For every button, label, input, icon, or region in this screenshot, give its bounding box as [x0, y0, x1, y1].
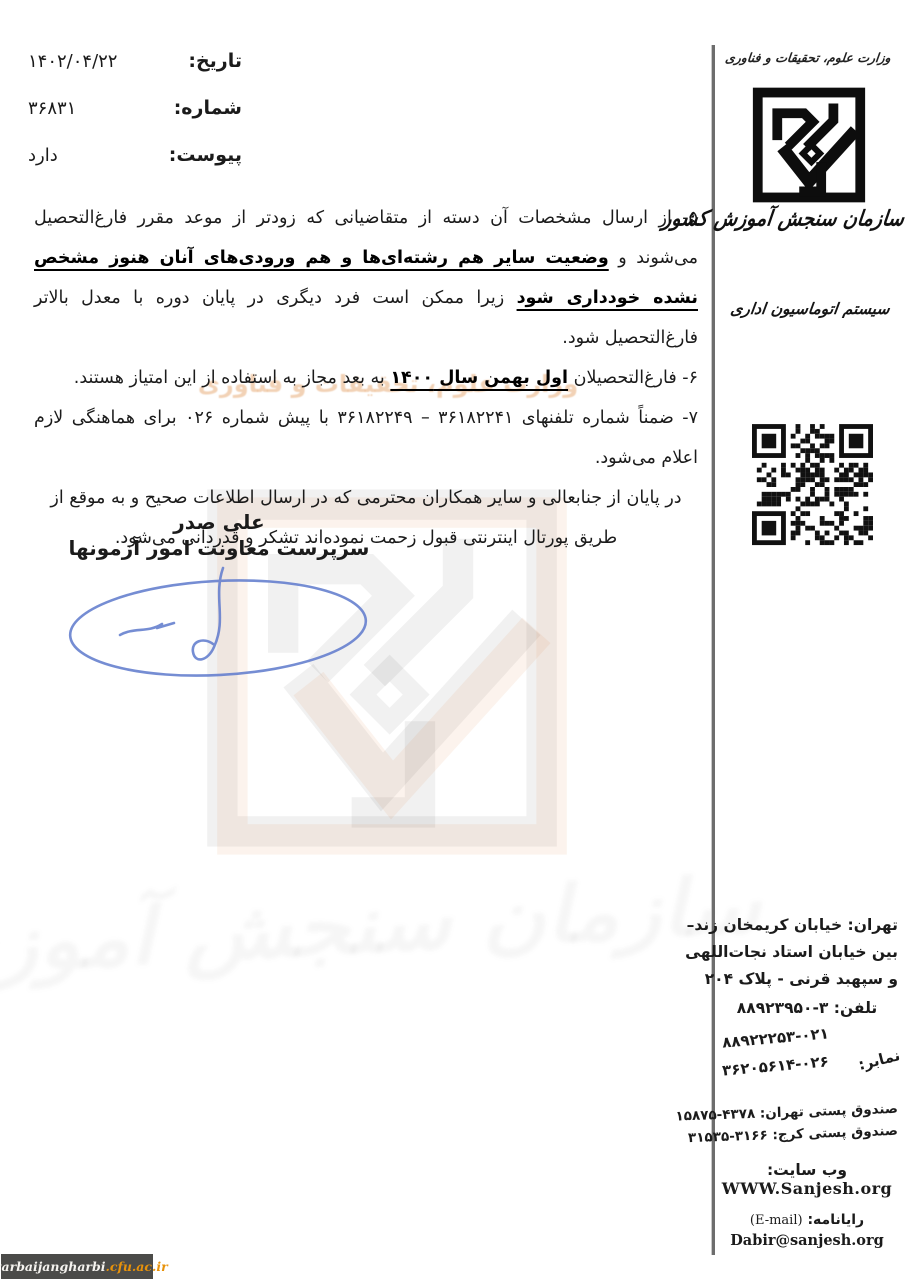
address-lines: تهران: خیابان کریمخان زند–بین خیابان است…	[716, 912, 898, 993]
address-line: تهران: خیابان کریمخان زند–	[716, 912, 898, 939]
scanned-letter-page: وزارت علوم، تحقیقات و فناوری سازمان سنجش…	[0, 0, 905, 1280]
body-paragraph: ۶- فارغ‌التحصیلان اول بهمن سال ۱۴۰۰ به ب…	[34, 358, 698, 398]
fax-number: ۸۸۹۲۲۲۵۳-۰۲۱	[721, 1024, 829, 1051]
website-label: وب سایت:	[716, 1161, 898, 1179]
pobox-value: ۱۵۸۷۵-۴۳۷۸	[675, 1106, 755, 1125]
pobox-label: صندوق پستی تهران:	[755, 1101, 898, 1122]
contact-block: تهران: خیابان کریمخان زند–بین خیابان است…	[716, 912, 898, 1249]
letter-head-row: تاریخ:۱۴۰۲/۰۴/۲۲	[28, 50, 242, 97]
fax-block: نمابر: ۸۸۹۲۲۲۵۳-۰۲۱ ۳۶۲۰۵۶۱۴-۰۲۶	[716, 1027, 898, 1101]
fax-label: نمابر:	[856, 1046, 901, 1074]
field-label: تاریخ:	[188, 50, 242, 72]
email-address: Dabir@sanjesh.org	[716, 1232, 898, 1249]
organization-calligraphy: سازمان سنجش آموزش کشور	[710, 207, 905, 232]
letter-head-row: پیوست:دارد	[28, 144, 242, 191]
address-line: بین خیابان استاد نجات‌اللهی	[716, 939, 898, 966]
automation-system-caption: سیستم اتوماسیون اداری	[729, 300, 891, 318]
pobox-lines: صندوق پستی تهران: ۱۵۸۷۵-۴۳۷۸صندوق پستی ک…	[716, 1101, 898, 1145]
signer-title: سرپرست معاونت امور آزمونها	[66, 536, 372, 560]
sanjesh-logo	[741, 84, 877, 206]
field-value: ۳۶۸۳۱	[28, 98, 76, 119]
organization-watermark-calligraphy: سازمان سنجش آموزش کشور	[0, 860, 763, 990]
address-line: و سپهبد قرنی - پلاک ۲۰۴	[716, 966, 898, 993]
letter-head: تاریخ:۱۴۰۲/۰۴/۲۲شماره:۳۶۸۳۱پیوست:دارد	[28, 50, 242, 191]
phone-line: تلفن: ۸۸۹۲۳۹۵۰-۳	[716, 993, 898, 1023]
emphasized-text: اول بهمن سال ۱۴۰۰	[390, 368, 568, 388]
source-site-badge: azarbaijangharbi.cfu.ac.ir	[1, 1254, 153, 1279]
paragraph-text: به بعد مجاز به استفاده از این امتیاز هست…	[74, 368, 391, 388]
badge-site-domain: .cfu.ac.ir	[106, 1259, 168, 1274]
phone-label: تلفن:	[834, 999, 877, 1017]
signer-name: علی صدر	[66, 510, 372, 534]
field-label: پیوست:	[169, 144, 242, 166]
paragraph-text: ۷- ضمناً شماره تلفنهای ۳۶۱۸۲۲۴۱ – ۳۶۱۸۲۲…	[34, 408, 698, 468]
field-value: دارد	[28, 145, 58, 166]
field-value: ۱۴۰۲/۰۴/۲۲	[28, 51, 117, 72]
pobox-value: ۳۱۵۳۵-۳۱۶۶	[688, 1127, 768, 1146]
email-label-line: رایانامه: (E-mail)	[716, 1212, 898, 1228]
website-url: WWW.Sanjesh.org	[716, 1179, 898, 1198]
field-label: شماره:	[174, 97, 242, 119]
email-label: رایانامه:	[807, 1212, 864, 1228]
signature-block: علی صدر سرپرست معاونت امور آزمونها	[66, 510, 372, 560]
badge-site-name: azarbaijangharbi	[0, 1259, 106, 1274]
letter-head-row: شماره:۳۶۸۳۱	[28, 97, 242, 144]
numbered-paragraphs: ۵- از ارسال مشخصات آن دسته از متقاضیانی …	[34, 198, 698, 478]
letter-body: ۵- از ارسال مشخصات آن دسته از متقاضیانی …	[34, 198, 698, 558]
fax-number: ۳۶۲۰۵۶۱۴-۰۲۶	[721, 1052, 829, 1079]
ministry-calligraphy: وزارت علوم، تحقیقات و فناوری	[721, 50, 895, 65]
body-paragraph: ۵- از ارسال مشخصات آن دسته از متقاضیانی …	[34, 198, 698, 358]
body-paragraph: ۷- ضمناً شماره تلفنهای ۳۶۱۸۲۲۴۱ – ۳۶۱۸۲۲…	[34, 398, 698, 478]
pobox-label: صندوق پستی کرج:	[767, 1123, 898, 1144]
qr-code	[752, 424, 873, 550]
paragraph-text: ۶- فارغ‌التحصیلان	[568, 368, 698, 388]
phone-number: ۸۸۹۲۳۹۵۰-۳	[737, 999, 829, 1017]
email-label-en: (E-mail)	[750, 1213, 803, 1228]
handwritten-signature	[62, 565, 372, 685]
